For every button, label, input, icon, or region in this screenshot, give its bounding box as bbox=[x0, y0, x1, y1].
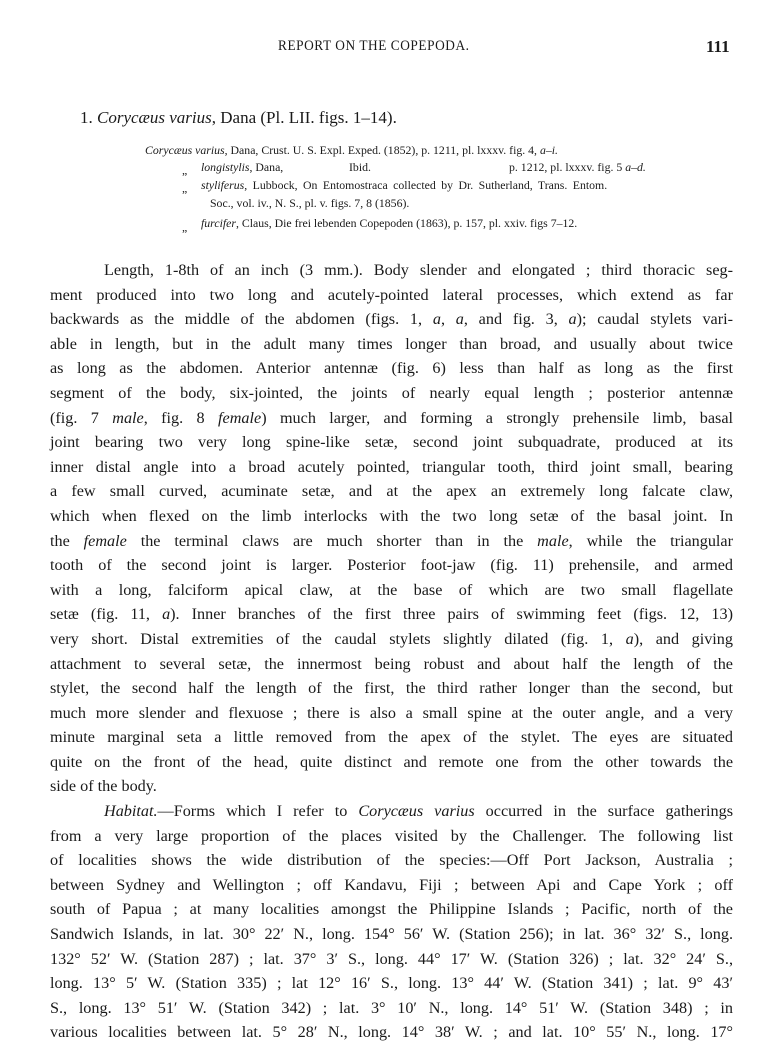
text-line: with a long, falciform apical claw, at t… bbox=[50, 578, 733, 603]
text-line: Sandwich Islands, in lat. 30° 22′ N., lo… bbox=[50, 922, 733, 947]
synonym-name: furcifer bbox=[201, 216, 236, 230]
text-line: 132° 52′ W. (Station 287) ; lat. 37° 3′ … bbox=[50, 947, 733, 972]
species-heading: 1. Corycæus varius, Dana (Pl. LII. figs.… bbox=[80, 108, 397, 128]
synonym-citation: , Lubbock, On Entomostraca collected by … bbox=[244, 178, 607, 192]
synonymy-entry: styliferus, Lubbock, On Entomostraca col… bbox=[201, 178, 607, 193]
synonymy-ibid: Ibid. bbox=[349, 160, 371, 175]
synonymy-continuation: Soc., vol. iv., N. S., pl. v. figs. 7, 8… bbox=[210, 196, 409, 211]
text-line: segment of the body, six-jointed, the jo… bbox=[50, 381, 733, 406]
text-line: south of Papua ; at many localities amon… bbox=[50, 897, 733, 922]
habitat-paragraph: Habitat.—Forms which I refer to Corycæus… bbox=[50, 799, 733, 1045]
text-line: minute marginal seta a little removed fr… bbox=[50, 725, 733, 750]
synonymy-entry: longistylis, Dana, bbox=[201, 160, 283, 175]
synonym-citation: p. 1212, pl. lxxxv. fig. 5 bbox=[509, 160, 625, 174]
text-line: which when flexed on the limb interlocks… bbox=[50, 504, 733, 529]
ditto-mark: „ bbox=[182, 181, 187, 196]
running-head-title: REPORT ON THE COPEPODA. bbox=[278, 38, 470, 55]
text-line: much more slender and flexuose ; there i… bbox=[50, 701, 733, 726]
text-line: Length, 1-8th of an inch (3 mm.). Body s… bbox=[50, 258, 733, 283]
synonym-citation: , Claus, Die frei lebenden Copepoden (18… bbox=[236, 216, 577, 230]
synonym-figure-ref: a–i. bbox=[540, 143, 558, 157]
text-line: of localities shows the wide distributio… bbox=[50, 848, 733, 873]
description-paragraph: Length, 1-8th of an inch (3 mm.). Body s… bbox=[50, 258, 733, 799]
text-line: the female the terminal claws are much s… bbox=[50, 529, 733, 554]
text-line: (fig. 7 male, fig. 8 female) much larger… bbox=[50, 406, 733, 431]
text-line: ment produced into two long and acutely-… bbox=[50, 283, 733, 308]
text-line: a few small curved, acuminate setæ, and … bbox=[50, 479, 733, 504]
text-line: from a very large proportion of the plac… bbox=[50, 824, 733, 849]
text-line: as long as the abdomen. Anterior antennæ… bbox=[50, 356, 733, 381]
synonym-figure-ref: a–d. bbox=[625, 160, 646, 174]
synonymy-entry: Corycæus varius, Dana, Crust. U. S. Expl… bbox=[145, 143, 558, 158]
species-number: 1. bbox=[80, 108, 93, 127]
species-author-ref: , Dana (Pl. LII. figs. 1–14). bbox=[212, 108, 397, 127]
synonymy-entry-ref: p. 1212, pl. lxxxv. fig. 5 a–d. bbox=[509, 160, 646, 175]
text-line: stylet, the second half the length of th… bbox=[50, 676, 733, 701]
text-line: long. 13° 5′ W. (Station 335) ; lat 12° … bbox=[50, 971, 733, 996]
page-number: 111 bbox=[706, 37, 730, 57]
text-line: S., long. 13° 51′ W. (Station 342) ; lat… bbox=[50, 996, 733, 1021]
text-line: able in length, but in the adult many ti… bbox=[50, 332, 733, 357]
text-line: inner distal angle into a broad acutely … bbox=[50, 455, 733, 480]
synonym-citation: , Dana, bbox=[250, 160, 284, 174]
synonym-citation: Soc., vol. iv., N. S., pl. v. figs. 7, 8… bbox=[210, 196, 409, 210]
text-line: various localities between lat. 5° 28′ N… bbox=[50, 1020, 733, 1045]
text-line: Habitat.—Forms which I refer to Corycæus… bbox=[50, 799, 733, 824]
text-line: side of the body. bbox=[50, 774, 733, 799]
synonym-name: longistylis bbox=[201, 160, 250, 174]
text-line: tooth of the second joint is larger. Pos… bbox=[50, 553, 733, 578]
ditto-mark: „ bbox=[182, 220, 187, 235]
body-text: Length, 1-8th of an inch (3 mm.). Body s… bbox=[50, 258, 733, 1045]
synonym-name: styliferus bbox=[201, 178, 244, 192]
running-head: REPORT ON THE COPEPODA. 111 bbox=[0, 38, 776, 60]
text-line: backwards as the middle of the abdomen (… bbox=[50, 307, 733, 332]
text-line: very short. Distal extremities of the ca… bbox=[50, 627, 733, 652]
ditto-mark: „ bbox=[182, 163, 187, 178]
synonym-name: Corycæus varius bbox=[145, 143, 225, 157]
species-name: Corycæus varius bbox=[97, 108, 212, 127]
text-line: between Sydney and Wellington ; off Kand… bbox=[50, 873, 733, 898]
text-line: quite on the front of the head, quite di… bbox=[50, 750, 733, 775]
text-line: joint bearing two very long spine-like s… bbox=[50, 430, 733, 455]
text-line: attachment to several setæ, the innermos… bbox=[50, 652, 733, 677]
synonymy-entry: furcifer, Claus, Die frei lebenden Copep… bbox=[201, 216, 577, 231]
synonym-citation: , Dana, Crust. U. S. Expl. Exped. (1852)… bbox=[225, 143, 540, 157]
text-line: setæ (fig. 11, a). Inner branches of the… bbox=[50, 602, 733, 627]
